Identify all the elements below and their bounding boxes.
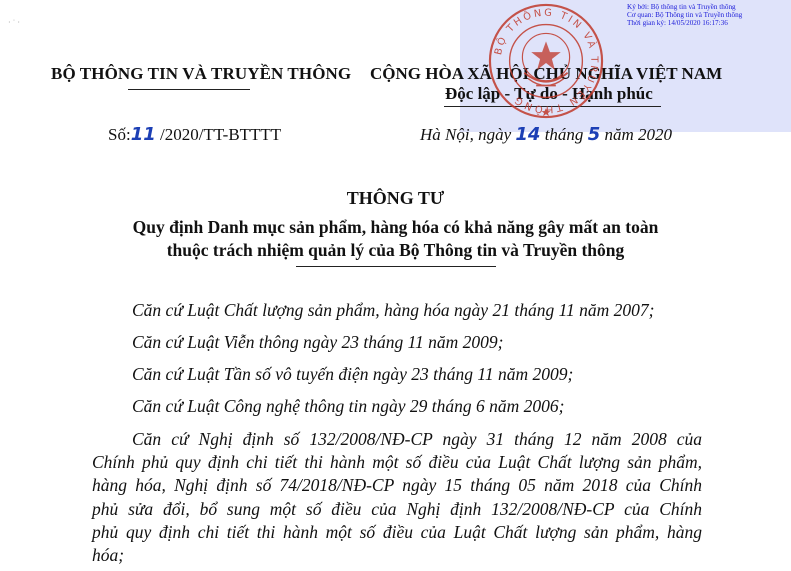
document-title-line-1: Quy định Danh mục sản phẩm, hàng hóa có …: [0, 217, 791, 238]
legal-basis-item: Căn cứ Luật Công nghệ thông tin ngày 29 …: [132, 396, 564, 417]
title-underline: [296, 266, 496, 267]
handwritten-number: 11: [131, 124, 156, 145]
document-number: Số:11 /2020/TT-BTTTT: [108, 124, 281, 145]
place-date: Hà Nội, ngày 14 tháng 5 năm 2020: [420, 124, 672, 145]
year-label: năm 2020: [600, 125, 672, 144]
agency-label: Cơ quan: Bộ Thông tin và Truyền thông: [627, 11, 742, 19]
month-label: tháng: [540, 125, 587, 144]
paragraph-line: phủ quy định chi tiết thi hành một số đi…: [92, 521, 702, 544]
document-type: THÔNG TƯ: [0, 188, 791, 209]
signer-label: Ký bởi: Bộ thông tin và Truyền thông: [627, 3, 742, 11]
scan-specks: · ˙ ·: [8, 18, 20, 27]
document-number-suffix: /2020/TT-BTTTT: [156, 125, 281, 144]
sign-time-label: Thời gian ký: 14/05/2020 16:17:36: [627, 19, 742, 27]
digital-signature-info: Ký bởi: Bộ thông tin và Truyền thông Cơ …: [627, 3, 742, 27]
legal-basis-item: Căn cứ Luật Chất lượng sản phẩm, hàng hó…: [132, 300, 654, 321]
place-label: Hà Nội, ngày: [420, 125, 515, 144]
paragraph-line: Căn cứ Nghị định số 132/2008/NĐ-CP ngày …: [92, 428, 702, 451]
legal-basis-item: Căn cứ Luật Tần số vô tuyến điện ngày 23…: [132, 364, 573, 385]
paragraph-line: phủ sửa đổi, bổ sung một số điều của Ngh…: [92, 498, 702, 521]
legal-basis-item: Căn cứ Luật Viễn thông ngày 23 tháng 11 …: [132, 332, 504, 353]
decree-basis-paragraph: Căn cứ Nghị định số 132/2008/NĐ-CP ngày …: [92, 428, 702, 567]
paragraph-line: Chính phủ quy định chi tiết thi hành một…: [92, 451, 702, 474]
document-number-prefix: Số:: [108, 125, 131, 144]
official-seal-icon: BỘ THÔNG TIN VÀ TRUYỀN THÔNG: [487, 2, 605, 120]
document-title-line-2: thuộc trách nhiệm quản lý của Bộ Thông t…: [0, 240, 791, 261]
paragraph-line: hàng hóa, Nghị định số 74/2018/NĐ-CP ngà…: [92, 474, 702, 497]
paragraph-line: hóa;: [92, 544, 702, 567]
ministry-name: BỘ THÔNG TIN VÀ TRUYỀN THÔNG: [51, 64, 351, 84]
handwritten-month: 5: [588, 124, 601, 145]
handwritten-day: 14: [515, 124, 540, 145]
ministry-underline: [128, 89, 250, 90]
